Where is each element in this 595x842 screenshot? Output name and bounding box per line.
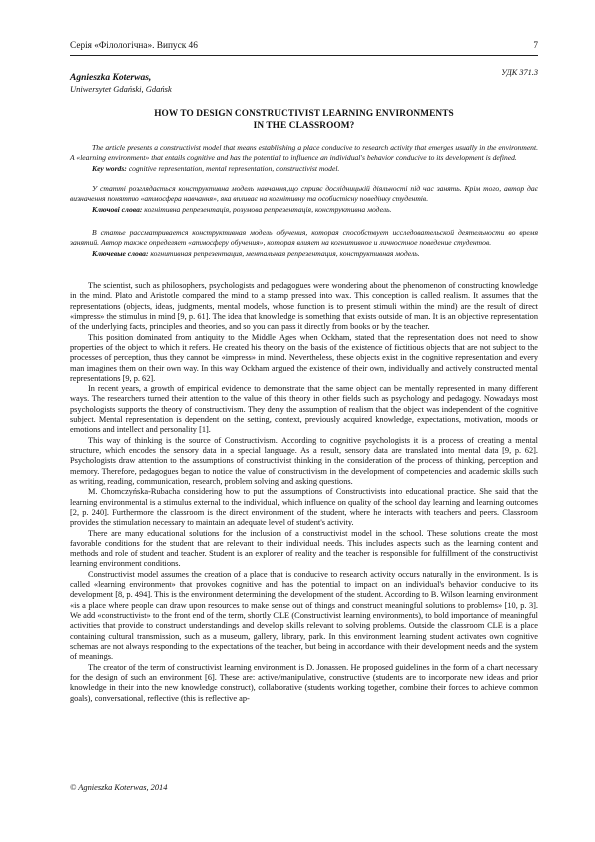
paragraph: M. Chomczyńska-Rubacha considering how t… bbox=[70, 487, 538, 528]
keywords-label: Key words: bbox=[92, 164, 127, 173]
keywords: Key words: cognitive representation, men… bbox=[70, 164, 538, 174]
keywords-list: cognitive representation, mental represe… bbox=[127, 164, 340, 173]
article-title: HOW TO DESIGN CONSTRUCTIVIST LEARNING EN… bbox=[70, 109, 538, 132]
paragraph: Constructivist model assumes the creatio… bbox=[70, 570, 538, 663]
keywords-list: когнитивная репрезентация, ментальная ре… bbox=[149, 249, 420, 258]
abstract-ukrainian: У статті розглядається конструктивна мод… bbox=[70, 184, 538, 215]
page-number: 7 bbox=[533, 40, 538, 52]
paragraph: The scientist, such as philosophers, psy… bbox=[70, 281, 538, 333]
abstract-text: В статье рассматривается конструктивная … bbox=[70, 228, 538, 249]
keywords-list: когнітивна репрезентація, розумова репре… bbox=[142, 205, 391, 214]
keywords: Ключові слова: когнітивна репрезентація,… bbox=[70, 205, 538, 215]
abstract-english: The article presents a constructivist mo… bbox=[70, 143, 538, 174]
author-name: Agnieszka Koterwas, bbox=[70, 73, 151, 84]
title-line-1: HOW TO DESIGN CONSTRUCTIVIST LEARNING EN… bbox=[70, 109, 538, 121]
running-header: Серія «Філологічна». Випуск 46 7 bbox=[70, 38, 538, 56]
journal-series: Серія «Філологічна». Випуск 46 bbox=[70, 40, 198, 52]
article-body: The scientist, such as philosophers, psy… bbox=[70, 281, 538, 704]
keywords-label: Ключові слова: bbox=[92, 205, 142, 214]
udc-code: УДК 371.3 bbox=[501, 68, 538, 77]
copyright-notice: © Agnieszka Koterwas, 2014 bbox=[70, 783, 167, 792]
paragraph: This position dominated from antiquity t… bbox=[70, 333, 538, 385]
keywords-label: Ключевые слова: bbox=[92, 249, 149, 258]
paragraph: In recent years, a growth of empirical e… bbox=[70, 384, 538, 436]
paragraph: The creator of the term of constructivis… bbox=[70, 663, 538, 704]
author-affiliation: Uniwersytet Gdański, Gdańsk bbox=[70, 84, 172, 94]
abstract-russian: В статье рассматривается конструктивная … bbox=[70, 228, 538, 259]
paragraph: There are many educational solutions for… bbox=[70, 529, 538, 570]
keywords: Ключевые слова: когнитивная репрезентаци… bbox=[70, 249, 538, 259]
paragraph: This way of thinking is the source of Co… bbox=[70, 436, 538, 488]
title-line-2: IN THE CLASSROOM? bbox=[70, 121, 538, 133]
abstract-text: The article presents a constructivist mo… bbox=[70, 143, 538, 164]
abstract-text: У статті розглядається конструктивна мод… bbox=[70, 184, 538, 205]
